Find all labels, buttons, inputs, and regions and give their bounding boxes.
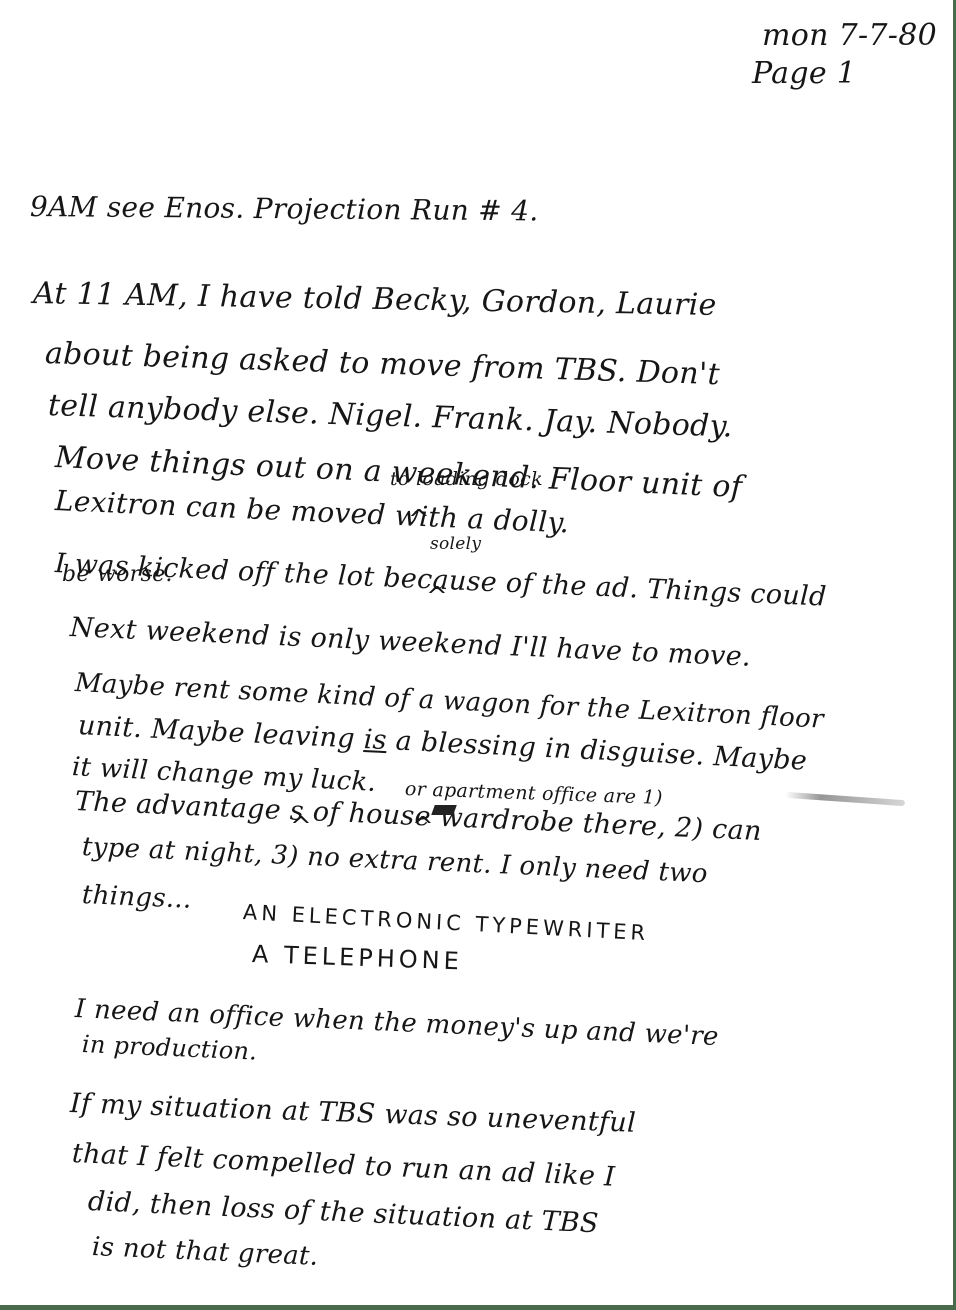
line-two-things: things... bbox=[81, 880, 192, 915]
text-is-underlined: is bbox=[363, 724, 388, 756]
header-date: mon 7-7-80 bbox=[762, 18, 937, 53]
line-dont-tell: tell anybody else. Nigel. Frank. Jay. No… bbox=[47, 388, 733, 445]
journal-page: mon 7-7-80 Page 1 9AM see Enos. Projecti… bbox=[0, 0, 953, 1305]
line-compelled: that I felt compelled to run an ad like … bbox=[71, 1138, 615, 1193]
list-item-typewriter: AN ELECTRONIC TYPEWRITER bbox=[242, 900, 649, 945]
text-things: things... bbox=[81, 880, 192, 915]
line-be-worse: be worse. bbox=[62, 562, 173, 587]
insert-caret: ^ bbox=[290, 812, 312, 842]
insert-caret: ^ bbox=[412, 812, 434, 842]
insert-caret: ^ bbox=[408, 505, 430, 535]
line-next-weekend: Next weekend is only weekend I'll have t… bbox=[69, 612, 751, 673]
header-page-number: Page 1 bbox=[752, 56, 856, 91]
line-situation-tbs: If my situation at TBS was so uneventful bbox=[69, 1088, 636, 1139]
text-maybe-leaving: unit. Maybe leaving bbox=[77, 710, 364, 755]
line-appointment: 9AM see Enos. Projection Run # 4. bbox=[30, 190, 539, 227]
line-in-production: in production. bbox=[81, 1030, 257, 1066]
line-loss-of-situation: did, then loss of the situation at TBS bbox=[87, 1186, 599, 1239]
line-told-people: At 11 AM, I have told Becky, Gordon, Lau… bbox=[33, 276, 717, 323]
list-item-telephone: A TELEPHONE bbox=[252, 940, 464, 975]
insert-caret: ^ bbox=[426, 582, 448, 612]
pencil-smudge bbox=[785, 792, 905, 806]
ink-blot bbox=[431, 805, 457, 815]
line-asked-to-move: about being asked to move from TBS. Don'… bbox=[44, 336, 720, 392]
insert-solely: solely bbox=[430, 534, 481, 554]
insert-loading-dock: to loading dock bbox=[390, 468, 543, 490]
text-blessing: a blessing in disguise. Maybe bbox=[386, 725, 808, 777]
line-not-that-great: is not that great. bbox=[91, 1232, 319, 1272]
